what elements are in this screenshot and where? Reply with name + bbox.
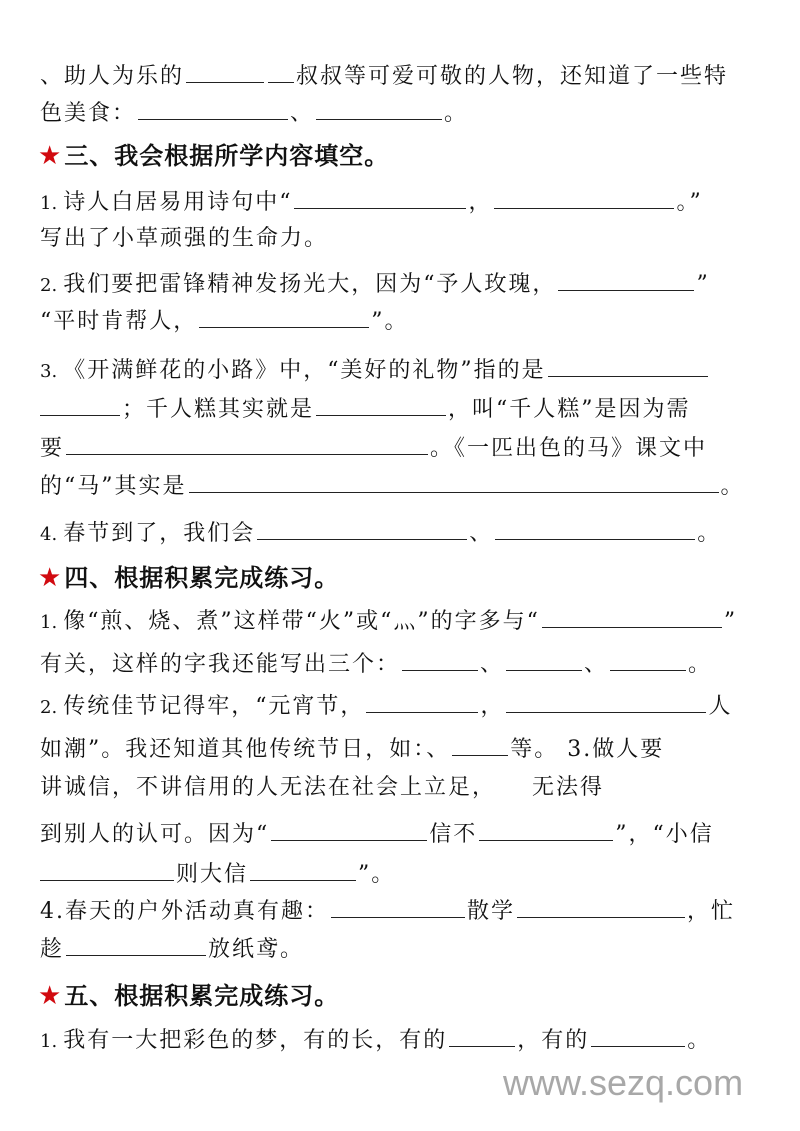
text: ”。	[358, 862, 395, 887]
text: 要	[40, 436, 64, 461]
text: 。《一匹出色的马》课文中	[430, 436, 707, 461]
question-number: 1.	[40, 612, 57, 633]
text: 的“马”其实是	[40, 474, 187, 499]
star-icon: ★	[38, 563, 62, 593]
text: 像“煎、烧、煮”这样带“火”或“灬”的字多与“	[63, 609, 540, 634]
text: 如潮”。我还知道其他传统节日，如：	[40, 737, 426, 762]
question-4-3-cont: 则大信”。	[40, 858, 770, 890]
answer-blank[interactable]	[138, 97, 288, 120]
answer-blank[interactable]	[316, 393, 446, 416]
section-title: 五、根据积累完成练习。	[64, 982, 339, 1010]
text: 。	[444, 101, 468, 126]
answer-blank[interactable]	[186, 60, 264, 83]
question-number: 4.	[40, 899, 65, 924]
answer-blank[interactable]	[494, 186, 674, 209]
text: 、	[290, 101, 314, 126]
text: ；千人糕其实就是	[122, 397, 314, 422]
answer-blank[interactable]	[268, 60, 294, 83]
question-number: 1.	[40, 1031, 57, 1052]
question-4-1-cont: 有关，这样的字我还能写出三个：、、。	[40, 648, 770, 680]
answer-blank[interactable]	[506, 648, 582, 671]
answer-blank[interactable]	[257, 517, 467, 540]
question-number: 2.	[40, 697, 57, 718]
question-3-3-line4: 的“马”其实是。	[40, 470, 770, 502]
section-heading-3: ★三、我会根据所学内容填空。	[38, 140, 389, 172]
answer-blank[interactable]	[294, 186, 466, 209]
question-4-2-cont: 如潮”。我还知道其他传统节日，如：、等。 3.做人要	[40, 733, 770, 765]
section-heading-4: ★四、根据积累完成练习。	[38, 562, 339, 594]
text: 、	[480, 652, 504, 677]
text: 、	[469, 521, 493, 546]
answer-blank[interactable]	[610, 648, 686, 671]
text: 。	[688, 652, 712, 677]
question-3-3-line2: ；千人糕其实就是，叫“千人糕”是因为需	[40, 393, 770, 425]
answer-blank[interactable]	[316, 97, 442, 120]
watermark: www.sezq.com	[503, 1062, 743, 1104]
question-number: 2.	[40, 275, 57, 296]
text: 到别人的认可。因为“	[40, 822, 269, 847]
text: ”	[724, 609, 737, 634]
text: 春天的户外活动真有趣：	[65, 899, 329, 924]
question-number: 3.	[40, 361, 57, 382]
text: 有关，这样的字我还能写出三个：	[40, 652, 400, 677]
text: 无法得	[532, 775, 604, 800]
question-3-4: 4.春节到了，我们会、。	[40, 517, 770, 550]
answer-blank[interactable]	[40, 393, 120, 416]
answer-blank[interactable]	[331, 895, 465, 918]
answer-blank[interactable]	[495, 517, 695, 540]
text: 散学	[467, 899, 515, 924]
answer-blank[interactable]	[66, 933, 206, 956]
text: 人	[708, 694, 732, 719]
answer-blank[interactable]	[506, 690, 706, 713]
text: 、	[584, 652, 608, 677]
text: 讲诚信，不讲信用的人无法在社会上立足，	[40, 775, 496, 800]
text: 色美食：	[40, 101, 136, 126]
text: ，忙	[687, 899, 735, 924]
answer-blank[interactable]	[250, 858, 356, 881]
star-icon: ★	[38, 981, 62, 1011]
question-3-2-cont: “平时肯帮人，”。	[40, 305, 770, 337]
text: 。	[687, 1028, 711, 1053]
text: 则大信	[176, 862, 248, 887]
text: 叔叔等可爱可敬的人物，还知道了一些特	[296, 64, 728, 89]
question-3-3: 3.《开满鲜花的小路》中，“美好的礼物”指的是	[40, 354, 770, 387]
section-title: 三、我会根据所学内容填空。	[64, 142, 389, 170]
section-heading-5: ★五、根据积累完成练习。	[38, 980, 339, 1012]
answer-blank[interactable]	[542, 605, 722, 628]
text: 信不	[429, 822, 477, 847]
text: 。	[697, 521, 721, 546]
text: ，有的	[517, 1028, 589, 1053]
answer-blank[interactable]	[271, 818, 427, 841]
text: ”。	[371, 309, 408, 334]
answer-blank[interactable]	[591, 1024, 685, 1047]
text: 《开满鲜花的小路》中，“美好的礼物”指的是	[63, 358, 546, 383]
question-4-4-cont: 趁放纸鸢。	[40, 933, 770, 965]
text: ，叫“千人糕”是因为需	[448, 397, 691, 422]
question-4-4: 4.春天的户外活动真有趣：散学，忙	[40, 895, 770, 927]
answer-blank[interactable]	[452, 733, 508, 756]
question-4-1: 1.像“煎、烧、煮”这样带“火”或“灬”的字多与“”	[40, 605, 770, 638]
text: 、	[426, 737, 450, 762]
answer-blank[interactable]	[66, 432, 428, 455]
question-4-2: 2.传统佳节记得牢，“元宵节，，人	[40, 690, 770, 723]
answer-blank[interactable]	[189, 470, 719, 493]
question-3-3-line3: 要。《一匹出色的马》课文中	[40, 432, 770, 464]
text: 传统佳节记得牢，“元宵节，	[63, 694, 364, 719]
answer-blank[interactable]	[558, 268, 694, 291]
text: 放纸鸢。	[208, 937, 304, 962]
answer-blank[interactable]	[402, 648, 478, 671]
text: 。”	[676, 190, 702, 215]
text: 3.做人要	[567, 737, 664, 762]
text: 、助人为乐的	[40, 64, 184, 89]
text: 诗人白居易用诗句中“	[63, 190, 292, 215]
text: ”，“小信	[615, 822, 714, 847]
question-3-1-cont: 写出了小草顽强的生命力。	[40, 224, 770, 254]
text: 等。	[510, 737, 558, 762]
question-4-3: 到别人的认可。因为“信不”，“小信	[40, 818, 770, 850]
answer-blank[interactable]	[517, 895, 685, 918]
text: 我有一大把彩色的梦，有的长，有的	[63, 1028, 447, 1053]
intro-line-2: 色美食：、。	[40, 97, 770, 129]
question-5-1: 1.我有一大把彩色的梦，有的长，有的，有的。	[40, 1024, 770, 1057]
question-3-1: 1.诗人白居易用诗句中“，。”	[40, 186, 770, 219]
answer-blank[interactable]	[548, 354, 708, 377]
question-number: 1.	[40, 193, 57, 214]
text: ，	[480, 694, 504, 719]
answer-blank[interactable]	[449, 1024, 515, 1047]
star-icon: ★	[38, 141, 62, 171]
answer-blank[interactable]	[479, 818, 613, 841]
text: 春节到了，我们会	[63, 521, 255, 546]
intro-line-1: 、助人为乐的叔叔等可爱可敬的人物，还知道了一些特	[40, 60, 770, 92]
text: 我们要把雷锋精神发扬光大，因为“予人玫瑰，	[63, 272, 556, 297]
question-number: 4.	[40, 524, 57, 545]
text: “平时肯帮人，	[40, 309, 197, 334]
text: 写出了小草顽强的生命力。	[40, 226, 328, 251]
answer-blank[interactable]	[366, 690, 478, 713]
question-4-2-line3: 讲诚信，不讲信用的人无法在社会上立足， 无法得	[40, 773, 770, 803]
text: 。	[721, 474, 745, 499]
text: ，	[468, 190, 492, 215]
section-title: 四、根据积累完成练习。	[64, 564, 339, 592]
text: 趁	[40, 937, 64, 962]
answer-blank[interactable]	[199, 305, 369, 328]
question-3-2: 2.我们要把雷锋精神发扬光大，因为“予人玫瑰，”	[40, 268, 770, 301]
text: ”	[696, 272, 709, 297]
answer-blank[interactable]	[40, 858, 174, 881]
